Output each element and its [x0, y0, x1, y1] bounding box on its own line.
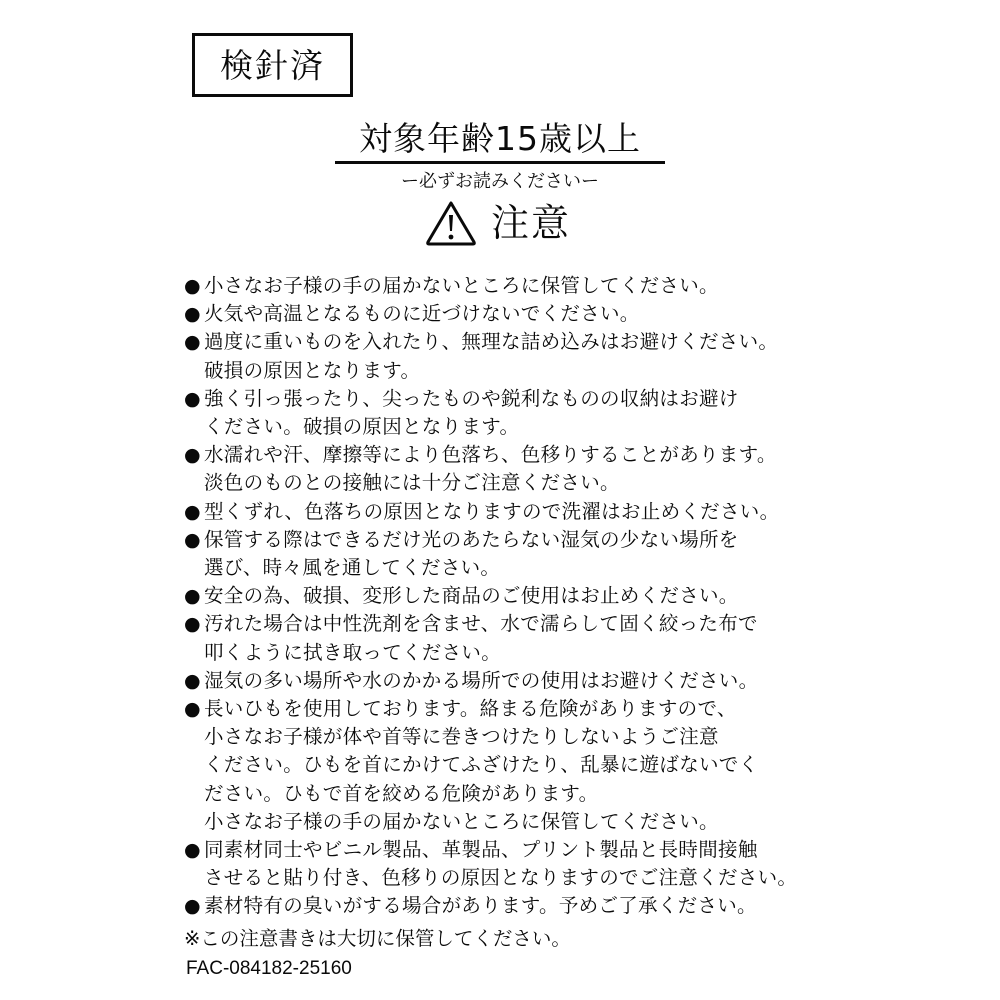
notice-item: ● 保管する際はできるだけ光のあたらない湿気の少ない場所を 選び、時々風を通して… [184, 526, 824, 582]
warning-triangle-icon [425, 200, 477, 246]
caution-header: 注意 [425, 198, 571, 248]
notice-line: 水濡れや汗、摩擦等により色落ち、色移りすることがあります。 [204, 441, 824, 469]
bullet-icon: ● [184, 582, 204, 610]
notice-item: ● 火気や高温となるものに近づけないでください。 [184, 300, 824, 328]
notice-item: ● 素材特有の臭いがする場合があります。予めご了承ください。 [184, 892, 824, 920]
keep-notice-footer: ※この注意書きは大切に保管してください。 [184, 925, 571, 953]
notice-item: ● 過度に重いものを入れたり、無理な詰め込みはお避けください。 破損の原因となり… [184, 328, 824, 384]
notice-item: ● 水濡れや汗、摩擦等により色落ち、色移りすることがあります。 淡色のものとの接… [184, 441, 824, 497]
notice-item: ● 同素材同士やビニル製品、革製品、プリント製品と長時間接触 させると貼り付き、… [184, 836, 824, 892]
product-code: FAC-084182-25160 [186, 955, 352, 983]
notice-line: 素材特有の臭いがする場合があります。予めご了承ください。 [204, 892, 824, 920]
notice-item: ● 汚れた場合は中性洗剤を含ませ、水で濡らして固く絞った布で 叩くように拭き取っ… [184, 610, 824, 666]
notice-line: 強く引っ張ったり、尖ったものや鋭利なものの収納はお避け [204, 385, 824, 413]
bullet-icon: ● [184, 610, 204, 638]
bullet-icon: ● [184, 300, 204, 328]
notice-line: 小さなお子様の手の届かないところに保管してください。 [204, 272, 824, 300]
must-read-note: ー必ずお読みくださいー [335, 170, 665, 194]
notice-line: ださい。ひもで首を絞める危険があります。 [204, 780, 824, 808]
target-age-heading: 対象年齢15歳以上 [335, 119, 665, 159]
notice-line: 安全の為、破損、変形した商品のご使用はお止めください。 [204, 582, 824, 610]
bullet-icon: ● [184, 498, 204, 526]
notice-line: 小さなお子様が体や首等に巻きつけたりしないようご注意 [204, 723, 824, 751]
notice-item: ● 強く引っ張ったり、尖ったものや鋭利なものの収納はお避け ください。破損の原因… [184, 385, 824, 441]
notice-line: させると貼り付き、色移りの原因となりますのでご注意ください。 [204, 864, 824, 892]
notice-line: 長いひもを使用しております。絡まる危険がありますので、 [204, 695, 824, 723]
notice-item: ● 湿気の多い場所や水のかかる場所での使用はお避けください。 [184, 667, 824, 695]
notice-item: ● 小さなお子様の手の届かないところに保管してください。 [184, 272, 824, 300]
notice-line: ください。ひもを首にかけてふざけたり、乱暴に遊ばないでく [204, 751, 824, 779]
bullet-icon: ● [184, 441, 204, 469]
bullet-icon: ● [184, 526, 204, 554]
caution-title: 注意 [491, 200, 571, 246]
notice-line: 選び、時々風を通してください。 [204, 554, 824, 582]
notice-line: 火気や高温となるものに近づけないでください。 [204, 300, 824, 328]
notice-line: 湿気の多い場所や水のかかる場所での使用はお避けください。 [204, 667, 824, 695]
notice-item: ● 長いひもを使用しております。絡まる危険がありますので、 小さなお子様が体や首… [184, 695, 824, 836]
inspected-stamp: 検針済 [192, 33, 353, 97]
notice-item: ● 安全の為、破損、変形した商品のご使用はお止めください。 [184, 582, 824, 610]
notice-line: 汚れた場合は中性洗剤を含ませ、水で濡らして固く絞った布で [204, 610, 824, 638]
bullet-icon: ● [184, 695, 204, 723]
bullet-icon: ● [184, 385, 204, 413]
bullet-icon: ● [184, 272, 204, 300]
notice-line: 小さなお子様の手の届かないところに保管してください。 [204, 808, 824, 836]
bullet-icon: ● [184, 892, 204, 920]
notice-line: 淡色のものとの接触には十分ご注意ください。 [204, 469, 824, 497]
notice-item: ● 型くずれ、色落ちの原因となりますので洗濯はお止めください。 [184, 498, 824, 526]
bullet-icon: ● [184, 328, 204, 356]
notice-line: 同素材同士やビニル製品、革製品、プリント製品と長時間接触 [204, 836, 824, 864]
notice-line: 保管する際はできるだけ光のあたらない湿気の少ない場所を [204, 526, 824, 554]
notice-line: 破損の原因となります。 [204, 357, 824, 385]
bullet-icon: ● [184, 836, 204, 864]
heading-underline [335, 161, 665, 164]
notice-line: 過度に重いものを入れたり、無理な詰め込みはお避けください。 [204, 328, 824, 356]
notice-line: 型くずれ、色落ちの原因となりますので洗濯はお止めください。 [204, 498, 824, 526]
inspected-stamp-label: 検針済 [220, 49, 325, 82]
caution-notice-list: ● 小さなお子様の手の届かないところに保管してください。 ● 火気や高温となるも… [184, 272, 824, 921]
bullet-icon: ● [184, 667, 204, 695]
notice-line: 叩くように拭き取ってください。 [204, 639, 824, 667]
notice-line: ください。破損の原因となります。 [204, 413, 824, 441]
